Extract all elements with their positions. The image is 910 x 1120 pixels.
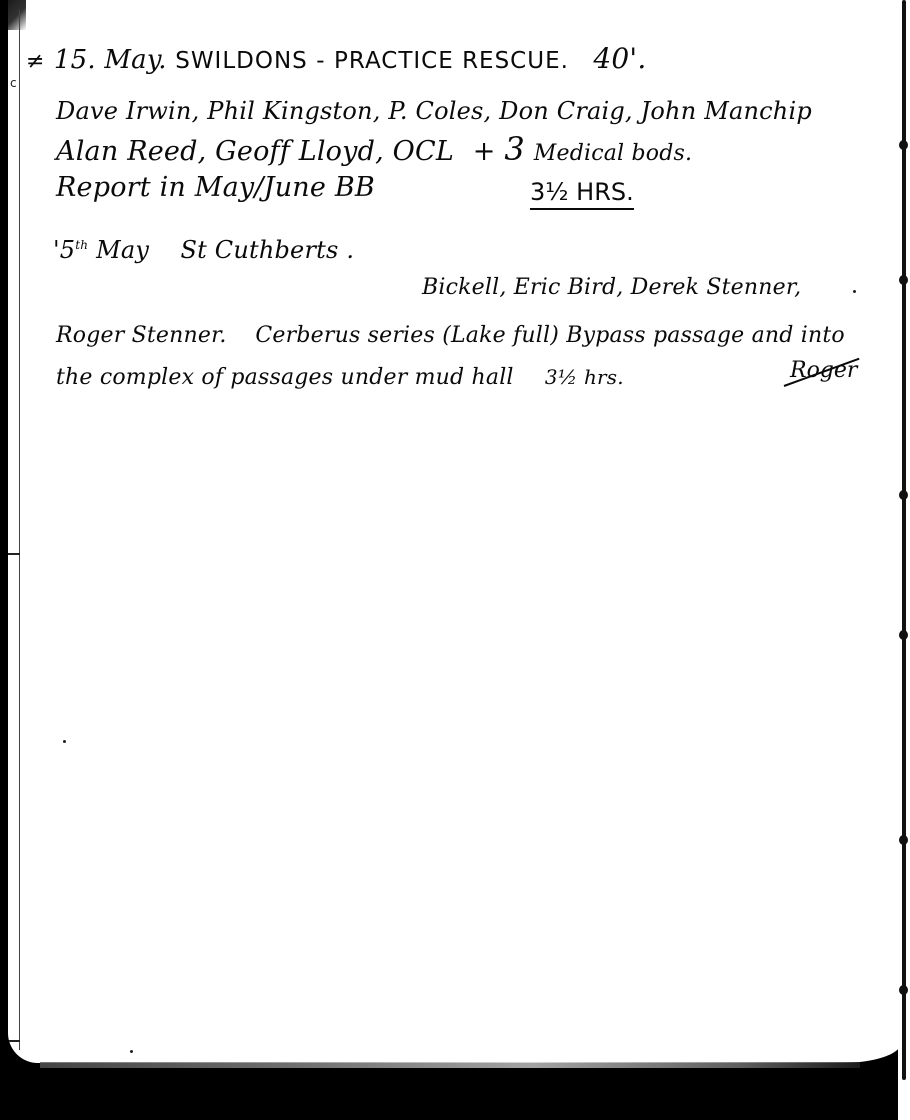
entry-2-description-2: the complex of passages under mud hall xyxy=(56,365,514,390)
entry-1-participants-2a: Alan Reed, Geoff Lloyd, OCL xyxy=(56,136,454,167)
entry-2-header: '5th May St Cuthberts . xyxy=(53,236,354,264)
margin-mark: c xyxy=(10,76,17,90)
entry-1-separator: - xyxy=(316,48,325,74)
stray-mark xyxy=(63,740,66,743)
entry-1-duration: 3½ HRS. xyxy=(530,178,634,210)
entry-1-participants-2: Alan Reed, Geoff Lloyd, OCL + 3 Medical … xyxy=(56,130,692,168)
entry-2-line-2: the complex of passages under mud hall 3… xyxy=(56,365,624,390)
binding-line xyxy=(902,0,906,1080)
binding-stitch xyxy=(899,490,908,500)
entry-2-date-month: May xyxy=(96,236,149,264)
margin-tick xyxy=(8,1040,20,1042)
margin-rule xyxy=(19,10,20,1050)
stray-mark xyxy=(853,290,856,293)
entry-1-participants-2b: Medical bods. xyxy=(534,141,692,166)
entry-1-marker: ≠ xyxy=(26,49,45,74)
binding-stitch xyxy=(899,985,908,995)
scan-edge-streak xyxy=(40,1062,860,1068)
entry-2-description-1: Cerberus series (Lake full) Bypass passa… xyxy=(255,323,844,348)
corner-smudge xyxy=(8,0,26,30)
entry-2-participants-2: Roger Stenner. xyxy=(56,323,227,348)
entry-1-activity: PRACTICE RESCUE. xyxy=(334,48,569,74)
binding-stitch xyxy=(899,140,908,150)
entry-1-note: Report in May/June BB xyxy=(56,172,375,203)
page-binding-edge xyxy=(898,0,910,1120)
entry-1-date: 15. May. xyxy=(54,45,167,75)
entry-2-cave: St Cuthberts . xyxy=(180,236,354,264)
entry-1-count: 3 xyxy=(504,130,525,168)
entry-2-date-day: '5 xyxy=(53,236,75,264)
notebook-page: c ≠ 15. May. SWILDONS - PRACTICE RESCUE.… xyxy=(8,0,901,1063)
entry-2-participants-1: Bickell, Eric Bird, Derek Stenner, xyxy=(422,275,801,300)
entry-1-participants-1: Dave Irwin, Phil Kingston, P. Coles, Don… xyxy=(56,97,812,125)
entry-2-date-suffix: th xyxy=(75,238,88,252)
entry-1-plus: + xyxy=(473,136,496,167)
entry-2-line-1: Roger Stenner. Cerberus series (Lake ful… xyxy=(56,323,845,348)
entry-2-duration: 3½ hrs. xyxy=(545,365,624,389)
stray-mark xyxy=(130,1050,133,1053)
binding-stitch xyxy=(899,835,908,845)
binding-stitch xyxy=(899,630,908,640)
margin-tick xyxy=(8,553,20,555)
entry-1-cave: SWILDONS xyxy=(175,48,308,74)
entry-1-header: ≠ 15. May. SWILDONS - PRACTICE RESCUE. 4… xyxy=(26,42,646,75)
binding-stitch xyxy=(899,275,908,285)
entry-1-depth: 40'. xyxy=(593,42,646,75)
